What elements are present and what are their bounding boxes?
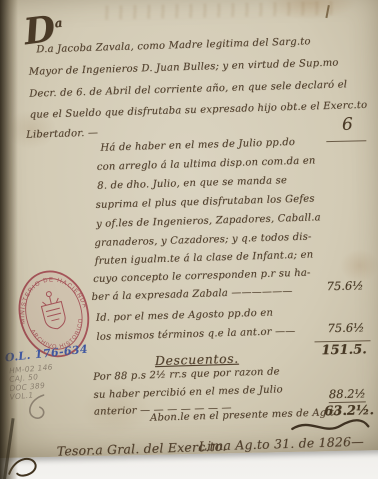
body-line: Há de haber en el mes de Julio pp.do — [100, 137, 295, 154]
opening-line: Decr. de 6. de Abril del corriente año, … — [29, 79, 347, 99]
body-line: cuyo concepto le corresponden p.r su ha- — [93, 268, 311, 285]
manuscript-page: Da D.a Jacoba Zavala, como Madre legitim… — [0, 0, 378, 458]
body-line: granaderos, y Cazadores; y q.e todos dis… — [94, 232, 311, 249]
book-spine-shadow — [0, 0, 18, 479]
subtotal-amount: 151.5. — [321, 342, 367, 358]
amount-abono: 63.2½. — [324, 403, 374, 419]
pencil-flourish — [24, 393, 55, 422]
body-line: ber á la expresada Zabala —————— — [91, 286, 292, 303]
august-line: los mismos términos q.e la ant.or —— — [96, 326, 295, 343]
amount-august: 75.6½ — [327, 320, 364, 335]
body-line: con arreglo á la ultima disp.on com.da e… — [97, 155, 316, 172]
descuentos-line: Por 88 p.s 2½ rr.s que por razon de — [93, 366, 280, 383]
body-line: 8. de dho. Julio, en que se manda se — [97, 175, 287, 192]
closing-dateline: Lima Ag.to 31. de 1826— — [198, 434, 364, 454]
august-line: Id. por el mes de Agosto pp.do en — [96, 308, 273, 324]
body-line: y of.les de Ingenieros, Zapadores, Cabal… — [96, 212, 321, 230]
photo-background: Da D.a Jacoba Zavala, como Madre legitim… — [0, 0, 378, 479]
page-number: 6 — [342, 115, 354, 135]
opening-line: Mayor de Ingenieros D. Juan Bulles; y en… — [29, 58, 339, 78]
descuentos-line: su haber percibió en el mes de Julio — [93, 384, 282, 401]
signature-flourish — [290, 418, 370, 434]
body-line: fruten igualm.te á la clase de Infant.a;… — [95, 249, 314, 266]
opening-line: Libertador. — — [26, 128, 98, 141]
amount-descuento: 88.2½ — [329, 386, 366, 403]
body-line: suprima el plus que disfrutaban los Gefe… — [95, 193, 314, 210]
ink-showthrough — [99, 1, 339, 20]
descuentos-heading: Descuentos. — [155, 351, 239, 368]
opening-line: que el Sueldo que disfrutaba su expresad… — [30, 100, 368, 121]
amount-july: 75.6½ — [326, 278, 363, 293]
opening-line: D.a Jacoba Zavala, como Madre legitima d… — [36, 36, 311, 55]
monogram-superscript: a — [54, 16, 63, 31]
page-number-underline — [326, 140, 366, 142]
